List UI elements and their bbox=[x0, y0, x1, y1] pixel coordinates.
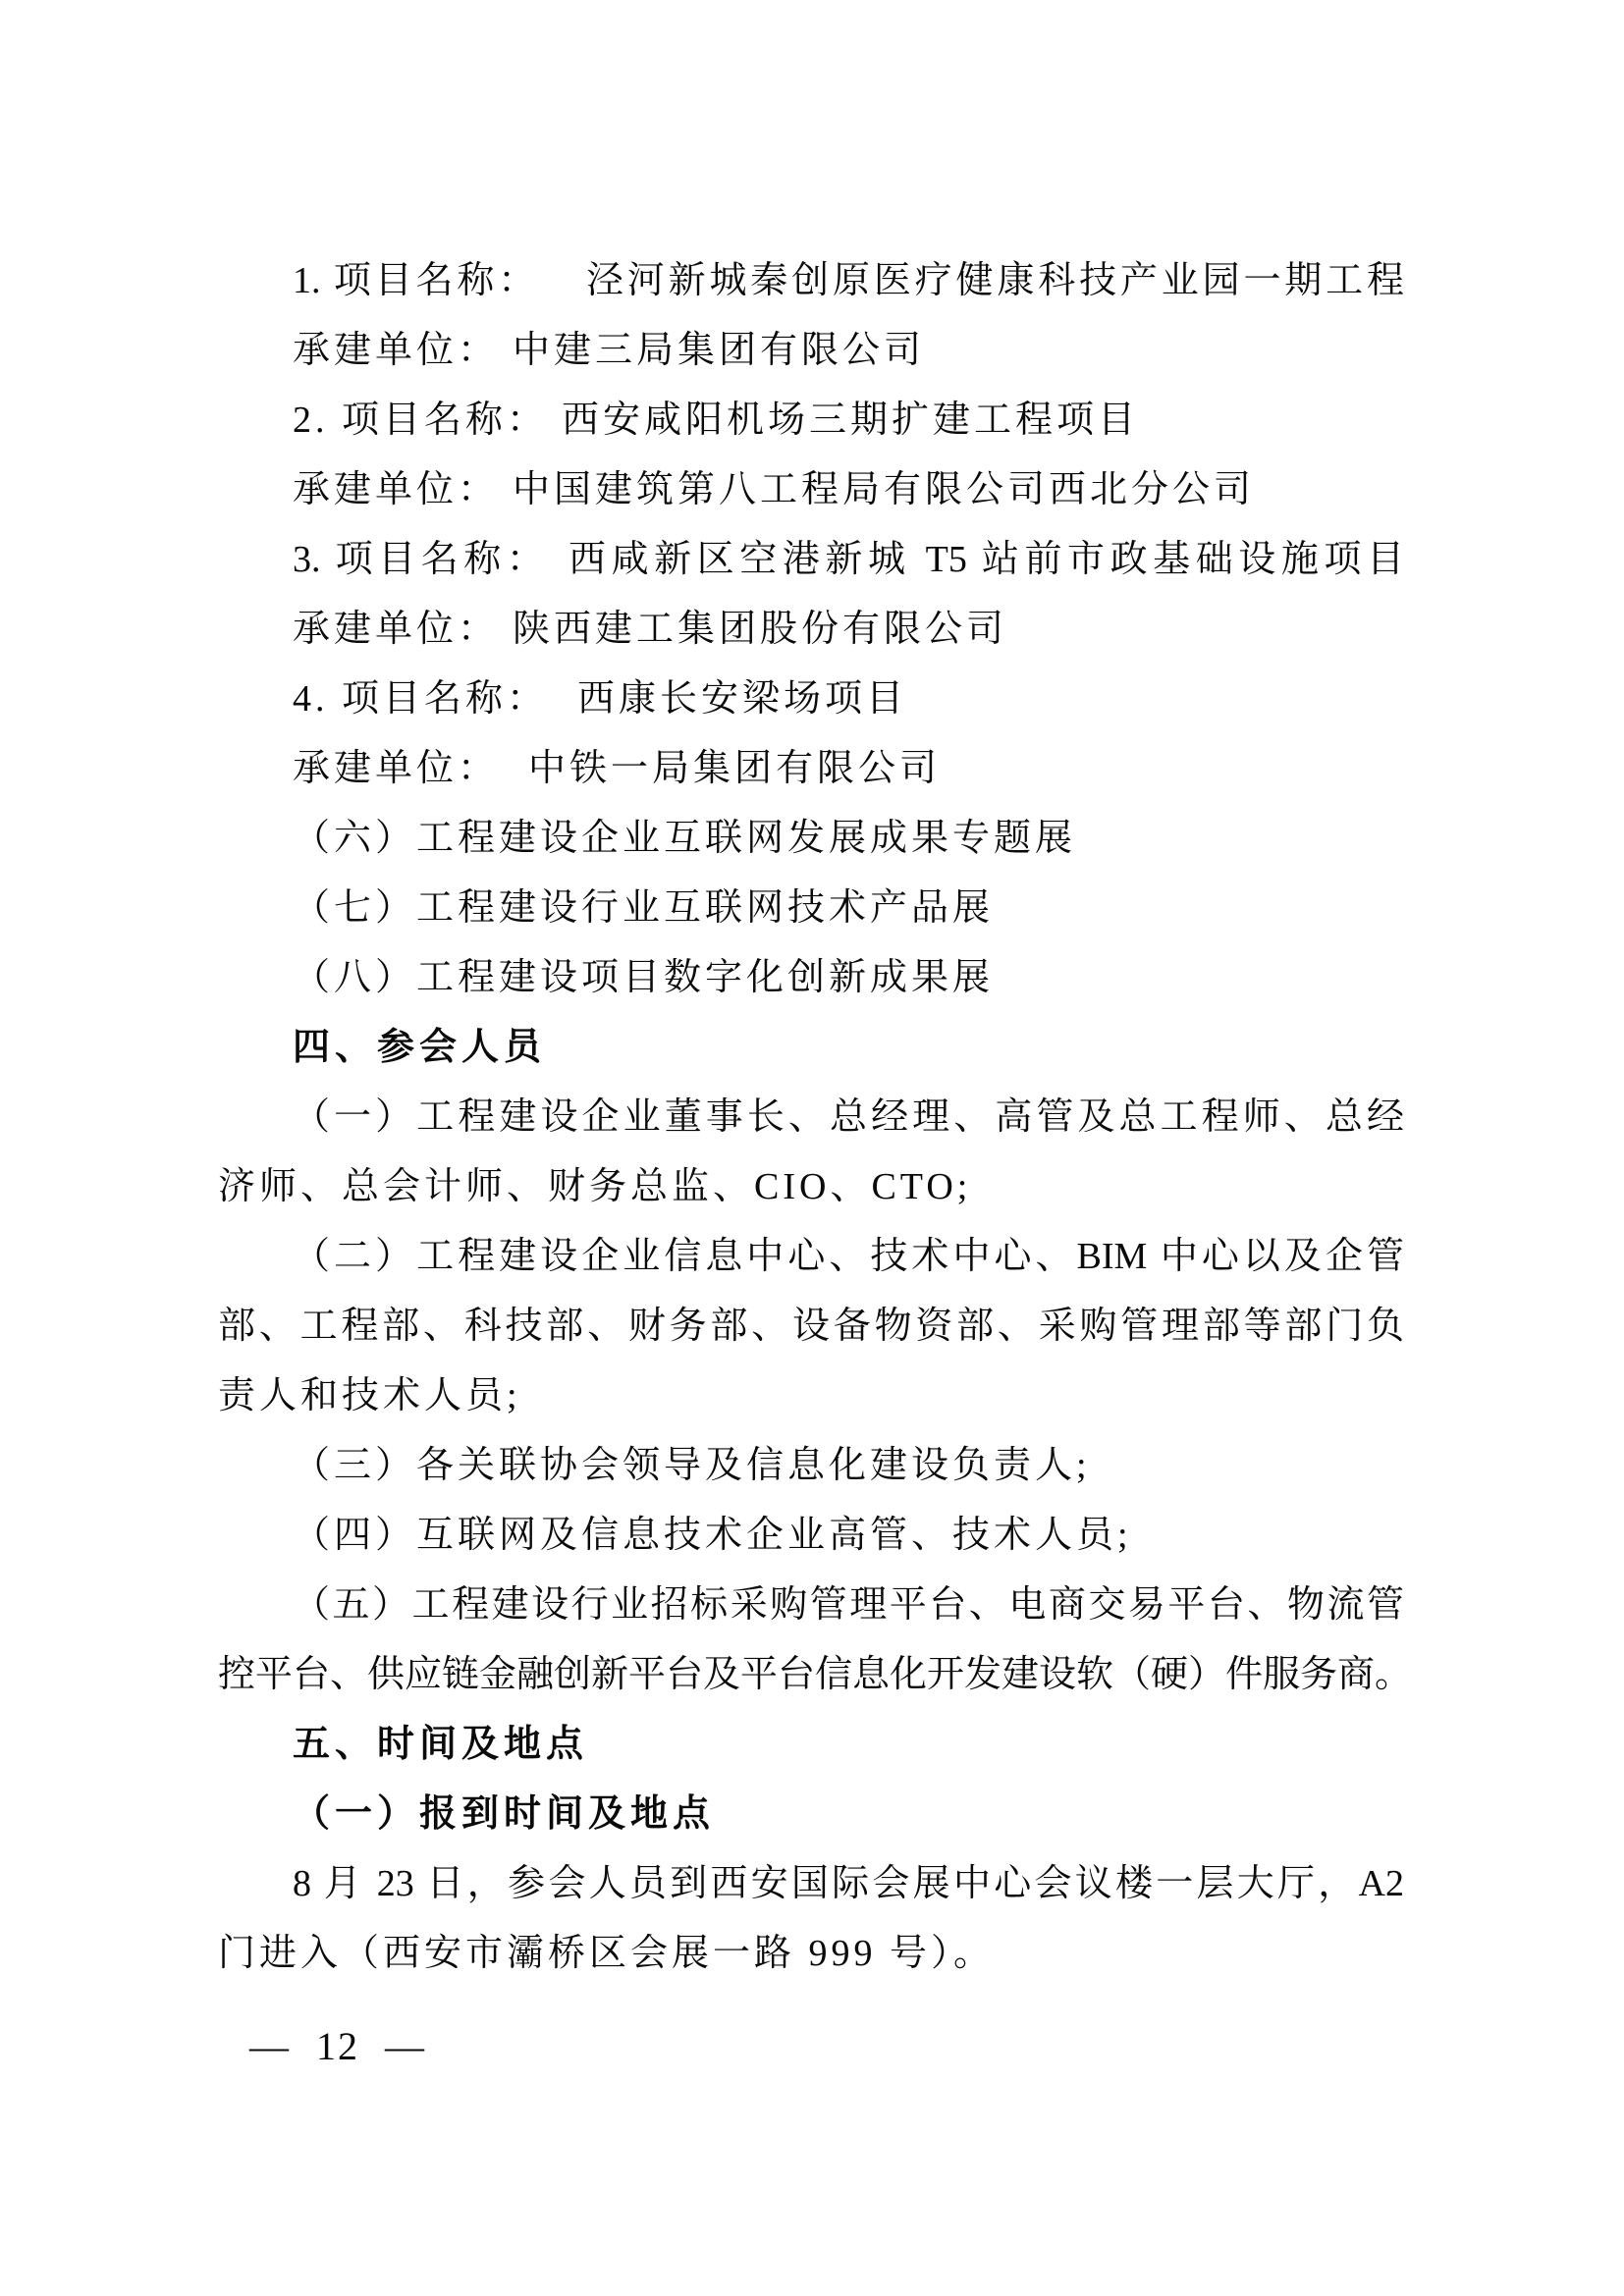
doc-line: （五）工程建设行业招标采购管理平台、电商交易平台、物流管 bbox=[218, 1571, 1404, 1640]
line-text: 门进入（西安市灞桥区会展一路 999 号）。 bbox=[218, 1933, 995, 1974]
line-text: （五）工程建设行业招标采购管理平台、电商交易平台、物流管 bbox=[293, 1584, 1404, 1626]
line-text: （一）报到时间及地点 bbox=[293, 1793, 715, 1835]
document-page: 1. 项目名称：泾河新城秦创原医疗健康科技产业园一期工程承建单位：中建三局集团有… bbox=[0, 0, 1624, 2296]
label-gap bbox=[499, 779, 528, 780]
line-text: 控平台、供应链金融创新平台及平台信息化开发建设软（硬）件服务商。 bbox=[218, 1654, 1412, 1695]
label-gap bbox=[499, 361, 513, 362]
line-text: 泾河新城秦创原医疗健康科技产业园一期工程 bbox=[582, 260, 1404, 301]
label-gap bbox=[539, 292, 582, 293]
line-text: （六）工程建设企业互联网发展成果专题展 bbox=[293, 818, 1076, 859]
doc-line: （三）各关联协会领导及信息化建设负责人; bbox=[218, 1431, 1404, 1501]
line-text: 济师、总会计师、财务总监、CIO、CTO; bbox=[218, 1166, 971, 1207]
label-gap bbox=[548, 710, 577, 711]
doc-line: 3. 项目名称：西咸新区空港新城 T5 站前市政基础设施项目 bbox=[218, 525, 1404, 595]
line-text: 2. 项目名称： bbox=[293, 400, 548, 441]
doc-line: 济师、总会计师、财务总监、CIO、CTO; bbox=[218, 1152, 1404, 1222]
doc-line: 控平台、供应链金融创新平台及平台信息化开发建设软（硬）件服务商。 bbox=[218, 1640, 1404, 1710]
doc-line: （八）工程建设项目数字化创新成果展 bbox=[218, 943, 1404, 1013]
doc-line: 8 月 23 日，参会人员到西安国际会展中心会议楼一层大厅，A2 bbox=[218, 1849, 1404, 1919]
line-text: （二）工程建设企业信息中心、技术中心、BIM 中心以及企管 bbox=[293, 1236, 1404, 1277]
line-text: 承建单位： bbox=[293, 469, 499, 510]
doc-line: （六）工程建设企业互联网发展成果专题展 bbox=[218, 804, 1404, 874]
doc-line: 责人和技术人员; bbox=[218, 1362, 1404, 1431]
line-text: （七）工程建设行业互联网技术产品展 bbox=[293, 887, 994, 929]
doc-line: （一）工程建设企业董事长、总经理、高管及总工程师、总经 bbox=[218, 1083, 1404, 1152]
line-text: （四）互联网及信息技术企业高管、技术人员; bbox=[293, 1515, 1132, 1556]
line-text: 四、参会人员 bbox=[293, 1027, 546, 1068]
doc-line: 承建单位：陕西建工集团股份有限公司 bbox=[218, 595, 1404, 665]
line-text: 4. 项目名称： bbox=[293, 678, 548, 720]
line-text: 承建单位： bbox=[293, 330, 499, 371]
line-text: （一）工程建设企业董事长、总经理、高管及总工程师、总经 bbox=[293, 1096, 1404, 1138]
line-text: 西康长安梁场项目 bbox=[577, 678, 907, 720]
label-gap bbox=[549, 570, 563, 571]
line-text: 部、工程部、科技部、财务部、设备物资部、采购管理部等部门负 bbox=[218, 1306, 1404, 1347]
line-text: 8 月 23 日，参会人员到西安国际会展中心会议楼一层大厅，A2 bbox=[293, 1863, 1404, 1904]
doc-line: 4. 项目名称：西康长安梁场项目 bbox=[218, 665, 1404, 734]
line-text: 西咸新区空港新城 T5 站前市政基础设施项目 bbox=[563, 539, 1404, 580]
doc-line: 承建单位：中建三局集团有限公司 bbox=[218, 316, 1404, 386]
line-text: （三）各关联协会领导及信息化建设负责人; bbox=[293, 1445, 1091, 1486]
doc-line: 承建单位：中国建筑第八工程局有限公司西北分公司 bbox=[218, 455, 1404, 525]
doc-line: 承建单位：中铁一局集团有限公司 bbox=[218, 734, 1404, 804]
label-gap bbox=[499, 640, 513, 641]
line-text: 西安咸阳机场三期扩建工程项目 bbox=[562, 400, 1139, 441]
line-text: 五、时间及地点 bbox=[293, 1724, 588, 1765]
line-text: 陕西建工集团股份有限公司 bbox=[513, 609, 1007, 650]
doc-line: （一）报到时间及地点 bbox=[218, 1780, 1404, 1849]
doc-line: （七）工程建设行业互联网技术产品展 bbox=[218, 874, 1404, 943]
line-text: （八）工程建设项目数字化创新成果展 bbox=[293, 957, 994, 998]
page-number: — 12 — bbox=[249, 2022, 426, 2071]
line-text: 中建三局集团有限公司 bbox=[513, 330, 925, 371]
line-text: 3. 项目名称： bbox=[293, 539, 549, 580]
doc-line: 四、参会人员 bbox=[218, 1013, 1404, 1083]
line-text: 责人和技术人员; bbox=[218, 1375, 521, 1416]
line-text: 承建单位： bbox=[293, 748, 499, 789]
line-text: 中铁一局集团有限公司 bbox=[528, 748, 941, 789]
doc-line: 五、时间及地点 bbox=[218, 1710, 1404, 1780]
line-text: 1. 项目名称： bbox=[293, 260, 539, 301]
doc-line: 1. 项目名称：泾河新城秦创原医疗健康科技产业园一期工程 bbox=[218, 246, 1404, 316]
label-gap bbox=[499, 501, 513, 502]
doc-line: （二）工程建设企业信息中心、技术中心、BIM 中心以及企管 bbox=[218, 1222, 1404, 1292]
doc-line: 门进入（西安市灞桥区会展一路 999 号）。 bbox=[218, 1919, 1404, 1989]
label-gap bbox=[548, 431, 562, 432]
line-text: 中国建筑第八工程局有限公司西北分公司 bbox=[513, 469, 1255, 510]
doc-line: 2. 项目名称：西安咸阳机场三期扩建工程项目 bbox=[218, 386, 1404, 455]
document-body: 1. 项目名称：泾河新城秦创原医疗健康科技产业园一期工程承建单位：中建三局集团有… bbox=[218, 246, 1404, 1989]
doc-line: （四）互联网及信息技术企业高管、技术人员; bbox=[218, 1501, 1404, 1571]
doc-line: 部、工程部、科技部、财务部、设备物资部、采购管理部等部门负 bbox=[218, 1292, 1404, 1362]
line-text: 承建单位： bbox=[293, 609, 499, 650]
